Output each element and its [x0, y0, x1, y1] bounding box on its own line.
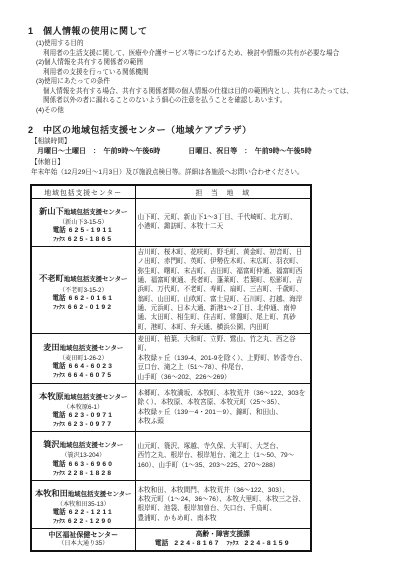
center-tel: 電話663-6960	[34, 461, 133, 470]
support-center-table: 地域包括支援センター 担 当 地 域 新山下地域包括支援センター （新山下3-1…	[30, 184, 312, 552]
center-name: 簑沢地域包括支援センター	[34, 433, 133, 452]
center-info-cell: 不老町地域包括支援センター （不老町3-15-2） 電話662-0161 ﾌｧｸ…	[31, 246, 135, 333]
item1-label: (1)使用する目的	[28, 39, 392, 49]
section1-item-3: (3)使用にあたっての条件 個人情報を共有する場合、共有する関係者間の個人情報の…	[28, 77, 392, 106]
center-address: （簑沢13-204）	[34, 452, 133, 460]
col-header-center: 地域包括支援センター	[31, 185, 135, 199]
ward-center-dept: 高齢・障害支援課	[138, 530, 309, 540]
table-row-furocho: 不老町地域包括支援センター （不老町3-15-2） 電話662-0161 ﾌｧｸ…	[31, 246, 311, 333]
ward-center-name: 中区福祉保健センター	[34, 531, 133, 540]
center-tel: 電話623-0971	[34, 412, 133, 421]
center-info-cell: 麦田地域包括支援センター （麦田町1-26-2） 電話664-6023 ﾌｧｸｽ…	[31, 334, 135, 384]
table-footer-row: 中区福祉保健センター （日本大通り35） 高齢・障害支援課 電話224-8167…	[31, 528, 311, 551]
section-support-centers: 2 中区の地域包括支援センター（地域ケアプラザ） 【相談時間】 月曜日～土曜日 …	[28, 123, 392, 177]
section-personal-info: 1 個人情報の使用に関して (1)使用する目的 利用者の生活支援に関して、医療や…	[28, 24, 392, 115]
consult-hours-label: 【相談時間】	[28, 137, 392, 147]
table-header-row: 地域包括支援センター 担 当 地 域	[31, 185, 311, 199]
center-info-cell: 本牧和田地域包括支援センター （本牧和田35-13） 電話622-1211 ﾌｧ…	[31, 480, 135, 528]
center-fax: ﾌｧｸｽ622-1290	[34, 518, 133, 527]
consult-hours-value: 月曜日～土曜日 ： 午前9時～午後6時 日曜日、祝日等 ： 午前9時～午後5時	[28, 147, 392, 158]
service-area: 山元町、簑沢、塚越、寺久保、大平町、大芝台、 西竹之丸、根岸台、根岸旭台、滝之上…	[135, 432, 311, 480]
service-area: 山下町、元町、新山下1～3丁目、千代崎町、北方町、 小港町、諏訪町、本牧十二天	[135, 198, 311, 246]
table-row-shinyamashita: 新山下地域包括支援センター （新山下3-15-5） 電話625-1911 ﾌｧｸ…	[31, 198, 311, 246]
center-tel: 電話625-1911	[34, 227, 133, 236]
item3-label: (3)使用にあたっての条件	[28, 77, 392, 87]
ward-center-tel-fax: 電話224-8167ﾌｧｸｽ224-8159	[138, 539, 309, 549]
center-name: 本牧原地域包括支援センター	[34, 385, 133, 404]
center-name: 麦田地域包括支援センター	[34, 336, 133, 355]
section2-heading: 2 中区の地域包括支援センター（地域ケアプラザ）	[28, 123, 392, 136]
center-info-cell: 新山下地域包括支援センター （新山下3-15-5） 電話625-1911 ﾌｧｸ…	[31, 198, 135, 246]
service-area: 本郷町、本牧満坂、本牧町、本牧荒井（36～122、303を除く）、本牧原、本牧宮…	[135, 383, 311, 431]
center-name: 本牧和田地域包括支援センター	[34, 482, 133, 501]
item3-body: 個人情報を共有する場合、共有する関係者間の個人情報の仕様は目的の範囲内とし、共有…	[28, 87, 392, 106]
section1-heading: 1 個人情報の使用に関して	[28, 24, 392, 37]
closed-days-label: 【休館日】	[28, 158, 392, 168]
section1-item-4: (4)その他	[28, 106, 392, 116]
center-fax: ﾌｧｸｽ664-6075	[34, 372, 133, 381]
center-fax: ﾌｧｸｽ662-0192	[34, 304, 133, 313]
center-tel: 電話664-6023	[34, 363, 133, 372]
service-area: 麦田町、柏葉、大和町、立野、鷺山、竹之丸、西之谷町、 本牧緑ヶ丘（139-4、2…	[135, 334, 311, 384]
service-area: 本牧和田、本牧間門、本牧荒井（36～122、303）、 本牧元町（1～24、36…	[135, 480, 311, 528]
item2-label: (2)個人情報を共有する関係者の範囲	[28, 58, 392, 68]
center-name: 不老町地域包括支援センター	[34, 267, 133, 286]
table-row-minosawa: 簑沢地域包括支援センター （簑沢13-204） 電話663-6960 ﾌｧｸｽ2…	[31, 432, 311, 480]
item2-body: 利用者の支援を行っている関係機関	[28, 68, 392, 78]
ward-center-address: （日本大通り35）	[34, 540, 133, 548]
table-row-honmokuhara: 本牧原地域包括支援センター （本牧原6-1） 電話623-0971 ﾌｧｸｽ62…	[31, 383, 311, 431]
center-fax: ﾌｧｸｽ623-0977	[34, 421, 133, 430]
center-address: （本牧和田35-13）	[34, 501, 133, 509]
center-tel: 電話622-1211	[34, 509, 133, 518]
ward-tel-label: 電話	[155, 540, 169, 547]
ward-fax-number: 224-8159	[244, 540, 290, 547]
item1-body: 利用者の生活支援に関して、医療や介護サービス等につなげるため、検討や情報の共有が…	[28, 49, 392, 59]
section1-item-2: (2)個人情報を共有する関係者の範囲 利用者の支援を行っている関係機関	[28, 58, 392, 77]
ward-tel-number: 224-8167	[174, 540, 220, 547]
ward-center-contact-cell: 高齢・障害支援課 電話224-8167ﾌｧｸｽ224-8159	[135, 528, 311, 551]
col-header-area: 担 当 地 域	[135, 185, 311, 199]
item4-label: (4)その他	[28, 106, 392, 116]
center-fax: ﾌｧｸｽ228-1828	[34, 470, 133, 479]
closed-days-value: 年末年始（12月29日～1月3日）及び施設点検日等。詳細は各施設へお問い合わせく…	[28, 168, 392, 178]
center-tel: 電話662-0161	[34, 295, 133, 304]
service-area: 吉川町、桜木町、花咲町、野毛町、黄金町、初音町、日ノ出町、赤門町、英町、伊勢佐木…	[135, 246, 311, 333]
center-address: （新山下3-15-5）	[34, 219, 133, 227]
table-row-honmokuwada: 本牧和田地域包括支援センター （本牧和田35-13） 電話622-1211 ﾌｧ…	[31, 480, 311, 528]
center-address: （不老町3-15-2）	[34, 287, 133, 295]
center-name: 新山下地域包括支援センター	[34, 200, 133, 219]
document-page: 1 個人情報の使用に関して (1)使用する目的 利用者の生活支援に関して、医療や…	[0, 0, 400, 552]
ward-center-cell: 中区福祉保健センター （日本大通り35）	[31, 528, 135, 551]
ward-fax-label: ﾌｧｸｽ	[227, 541, 239, 547]
table-row-mugita: 麦田地域包括支援センター （麦田町1-26-2） 電話664-6023 ﾌｧｸｽ…	[31, 334, 311, 384]
center-info-cell: 本牧原地域包括支援センター （本牧原6-1） 電話623-0971 ﾌｧｸｽ62…	[31, 383, 135, 431]
center-info-cell: 簑沢地域包括支援センター （簑沢13-204） 電話663-6960 ﾌｧｸｽ2…	[31, 432, 135, 480]
center-fax: ﾌｧｸｽ625-1865	[34, 236, 133, 245]
section1-item-1: (1)使用する目的 利用者の生活支援に関して、医療や介護サービス等につなげるため…	[28, 39, 392, 58]
